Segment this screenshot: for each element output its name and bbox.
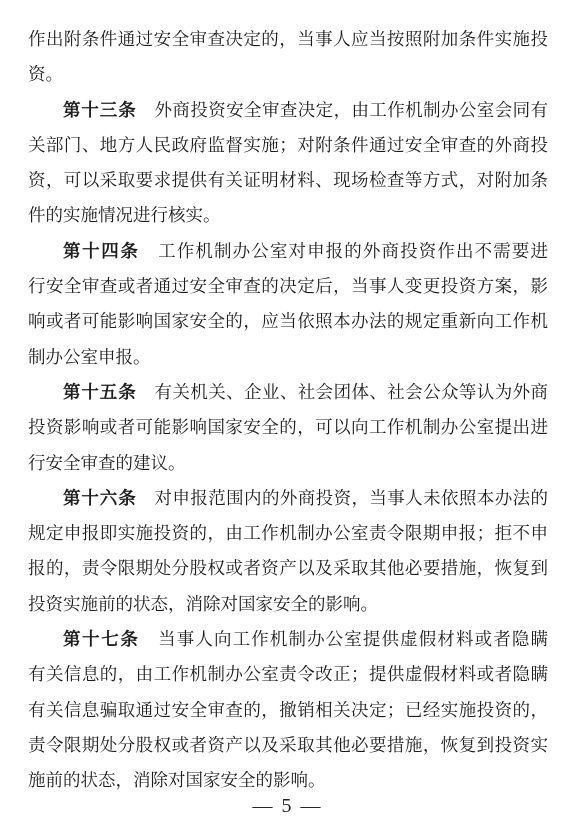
paragraph: 作出附条件通过安全审查决定的，当事人应当按照附加条件实施投资。 xyxy=(28,22,548,93)
text-line: 投资影响或者可能影响国家安全的，可以向工作机制办公室提出进 xyxy=(28,410,548,445)
paragraph: 第十六条 对申报范围内的外商投资，当事人未依照本办法的规定申报即实施投资的，由工… xyxy=(28,481,548,622)
line-text: 投资影响或者可能影响国家安全的，可以向工作机制办公室提出进 xyxy=(28,417,548,437)
line-text: 有关信息骗取通过安全审查的，撤销相关决定；已经实施投资的， xyxy=(28,700,548,720)
line-text: 规定申报即实施投资的，由工作机制办公室责令限期申报；拒不申 xyxy=(28,523,548,543)
line-text: 有关机关、企业、社会团体、社会公众等认为外商 xyxy=(137,382,548,402)
text-line: 资。 xyxy=(28,57,548,92)
line-text: 件的实施情况进行核实。 xyxy=(28,205,221,225)
document-body: 作出附条件通过安全审查决定的，当事人应当按照附加条件实施投资。第十三条 外商投资… xyxy=(28,22,548,799)
text-line: 施前的状态，消除对国家安全的影响。 xyxy=(28,763,548,798)
line-text: 资，可以采取要求提供有关证明材料、现场检查等方式，对附加条 xyxy=(28,170,548,190)
text-line: 第十七条 当事人向工作机制办公室提供虚假材料或者隐瞒 xyxy=(28,622,548,657)
text-line: 行安全审查的建议。 xyxy=(28,446,548,481)
line-text: 行安全审查的建议。 xyxy=(28,453,186,473)
line-text: 施前的状态，消除对国家安全的影响。 xyxy=(28,770,326,790)
text-line: 第十四条 工作机制办公室对申报的外商投资作出不需要进 xyxy=(28,234,548,269)
text-line: 报的，责令限期处分股权或者资产以及采取其他必要措施，恢复到 xyxy=(28,551,548,586)
line-text: 响或者可能影响国家安全的，应当依照本办法的规定重新向工作机 xyxy=(28,311,548,331)
text-line: 件的实施情况进行核实。 xyxy=(28,198,548,233)
text-line: 关部门、地方人民政府监督实施；对附条件通过安全审查的外商投 xyxy=(28,128,548,163)
text-line: 规定申报即实施投资的，由工作机制办公室责令限期申报；拒不申 xyxy=(28,516,548,551)
line-text: 当事人向工作机制办公室提供虚假材料或者隐瞒 xyxy=(139,629,548,649)
article-number: 第十四条 xyxy=(63,241,139,261)
text-line: 行安全审查或者通过安全审查的决定后，当事人变更投资方案，影 xyxy=(28,269,548,304)
line-text: 责令限期处分股权或者资产以及采取其他必要措施，恢复到投资实 xyxy=(28,735,548,755)
article-number: 第十三条 xyxy=(63,100,137,120)
paragraph: 第十五条 有关机关、企业、社会团体、社会公众等认为外商投资影响或者可能影响国家安… xyxy=(28,375,548,481)
line-text: 资。 xyxy=(28,64,63,84)
text-line: 第十三条 外商投资安全审查决定，由工作机制办公室会同有 xyxy=(28,93,548,128)
paragraph: 第十三条 外商投资安全审查决定，由工作机制办公室会同有关部门、地方人民政府监督实… xyxy=(28,93,548,234)
article-number: 第十五条 xyxy=(63,382,137,402)
text-line: 第十六条 对申报范围内的外商投资，当事人未依照本办法的 xyxy=(28,481,548,516)
text-line: 投资实施前的状态，消除对国家安全的影响。 xyxy=(28,587,548,622)
text-line: 作出附条件通过安全审查决定的，当事人应当按照附加条件实施投 xyxy=(28,22,548,57)
text-line: 责令限期处分股权或者资产以及采取其他必要措施，恢复到投资实 xyxy=(28,728,548,763)
paragraph: 第十四条 工作机制办公室对申报的外商投资作出不需要进行安全审查或者通过安全审查的… xyxy=(28,234,548,375)
line-text: 投资实施前的状态，消除对国家安全的影响。 xyxy=(28,594,378,614)
line-text: 报的，责令限期处分股权或者资产以及采取其他必要措施，恢复到 xyxy=(28,558,548,578)
document-page: 作出附条件通过安全审查决定的，当事人应当按照附加条件实施投资。第十三条 外商投资… xyxy=(0,0,575,825)
text-line: 资，可以采取要求提供有关证明材料、现场检查等方式，对附加条 xyxy=(28,163,548,198)
text-line: 响或者可能影响国家安全的，应当依照本办法的规定重新向工作机 xyxy=(28,304,548,339)
line-text: 行安全审查或者通过安全审查的决定后，当事人变更投资方案，影 xyxy=(28,276,548,296)
text-line: 第十五条 有关机关、企业、社会团体、社会公众等认为外商 xyxy=(28,375,548,410)
line-text: 工作机制办公室对申报的外商投资作出不需要进 xyxy=(139,241,548,261)
paragraph: 第十七条 当事人向工作机制办公室提供虚假材料或者隐瞒有关信息的，由工作机制办公室… xyxy=(28,622,548,798)
text-line: 有关信息的，由工作机制办公室责令改正；提供虚假材料或者隐瞒 xyxy=(28,657,548,692)
line-text: 对申报范围内的外商投资，当事人未依照本办法的 xyxy=(137,488,548,508)
article-number: 第十六条 xyxy=(63,488,137,508)
article-number: 第十七条 xyxy=(63,629,139,649)
page-number: — 5 — xyxy=(0,795,575,818)
line-text: 作出附条件通过安全审查决定的，当事人应当按照附加条件实施投 xyxy=(28,29,548,49)
text-line: 制办公室申报。 xyxy=(28,340,548,375)
line-text: 关部门、地方人民政府监督实施；对附条件通过安全审查的外商投 xyxy=(28,135,548,155)
line-text: 制办公室申报。 xyxy=(28,347,151,367)
line-text: 外商投资安全审查决定，由工作机制办公室会同有 xyxy=(137,100,548,120)
text-line: 有关信息骗取通过安全审查的，撤销相关决定；已经实施投资的， xyxy=(28,693,548,728)
line-text: 有关信息的，由工作机制办公室责令改正；提供虚假材料或者隐瞒 xyxy=(28,664,548,684)
